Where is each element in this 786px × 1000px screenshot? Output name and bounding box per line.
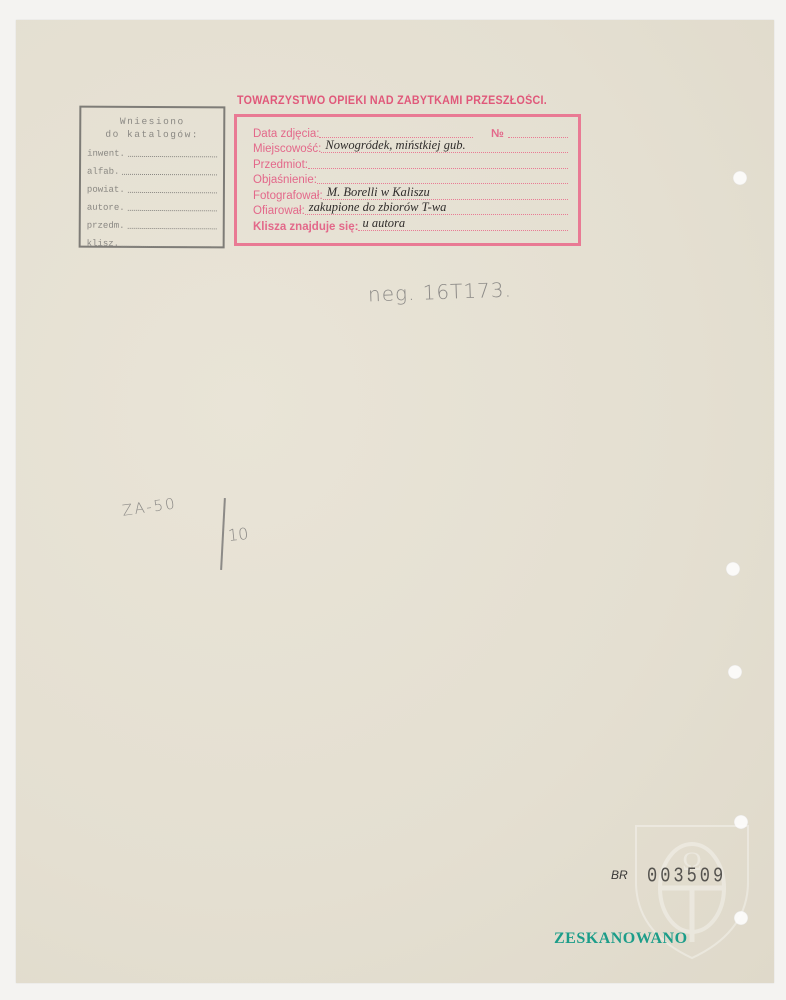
dotted-line: zakupione do zbiorów T-wa (305, 214, 568, 215)
catalog-title-line2: do katalogów: (81, 128, 223, 142)
pencil-stroke (220, 498, 226, 570)
dotted-line (508, 137, 568, 138)
dotted-line (308, 168, 568, 169)
dotted-line (128, 210, 217, 211)
field-label: Objaśnienie: (253, 174, 317, 186)
fraction-note: 10 (227, 524, 249, 545)
field-label: Ofiarował: (253, 205, 305, 217)
handwritten-value: M. Borelli w Kaliszu (327, 185, 430, 200)
dotted-line (122, 246, 217, 247)
handwritten-value: zakupione do zbiorów T-wa (309, 200, 447, 215)
catalog-field-label: klisz. (87, 239, 119, 249)
catalog-stamp: Wniesiono do katalogów: inwent. alfab. p… (79, 106, 226, 249)
punch-hole (726, 562, 740, 576)
dotted-line (128, 228, 217, 229)
catalog-field-label: autore. (87, 203, 125, 213)
field-label: Miejscowość: (253, 143, 321, 155)
scanned-stamp: ZESKANOWANO (554, 930, 688, 948)
field-label: Klisza znajduje się: (253, 221, 358, 233)
stamp-field-place: Miejscowość: Nowogródek, miństkiej gub. (253, 140, 568, 156)
dotted-line: Nowogródek, miństkiej gub. (321, 152, 568, 153)
inventory-prefix: BR (611, 868, 628, 882)
catalog-field: przedm. (87, 213, 217, 232)
catalog-field-label: inwent. (87, 149, 125, 159)
catalog-stamp-title: Wniesiono do katalogów: (81, 115, 223, 142)
catalog-field: powiat. (87, 177, 217, 196)
catalog-field: inwent. (87, 141, 217, 160)
society-stamp-title: TOWARZYSTWO OPIEKI NAD ZABYTKAMI PRZESZŁ… (237, 95, 567, 107)
stamp-field-donor: Ofiarował: zakupione do zbiorów T-wa (253, 202, 568, 218)
dotted-line: u autora (358, 230, 568, 231)
dotted-line (128, 156, 217, 157)
number-sign: № (491, 128, 504, 140)
inventory-number: 003509 (647, 865, 726, 889)
stamp-field-plate-location: Klisza znajduje się: u autora (253, 217, 568, 233)
catalog-field-label: alfab. (87, 167, 119, 177)
catalog-title-line1: Wniesiono (81, 115, 223, 129)
field-label: Data zdjęcia: (253, 128, 319, 140)
field-label: Przedmiot: (253, 159, 308, 171)
catalog-field: autore. (87, 195, 217, 214)
society-stamp: Data zdjęcia: № Miejscowość: Nowogródek,… (234, 114, 581, 246)
handwritten-value: Nowogródek, miństkiej gub. (325, 138, 465, 153)
catalog-field-label: powiat. (87, 185, 125, 195)
stamp-field-subject: Przedmiot: (253, 155, 568, 171)
handwritten-value: u autora (362, 216, 405, 231)
registry-note: neg. 16T173. (368, 277, 513, 306)
za-note: ZA-50 (121, 494, 178, 519)
punch-hole (728, 665, 742, 679)
document-sheet: Wniesiono do katalogów: inwent. alfab. p… (16, 20, 774, 983)
catalog-field-label: przedm. (87, 221, 125, 231)
dotted-line (128, 192, 217, 193)
catalog-field: alfab. (87, 159, 217, 178)
punch-hole (733, 171, 747, 185)
catalog-field: klisz. (87, 231, 217, 250)
dotted-line (122, 174, 217, 175)
